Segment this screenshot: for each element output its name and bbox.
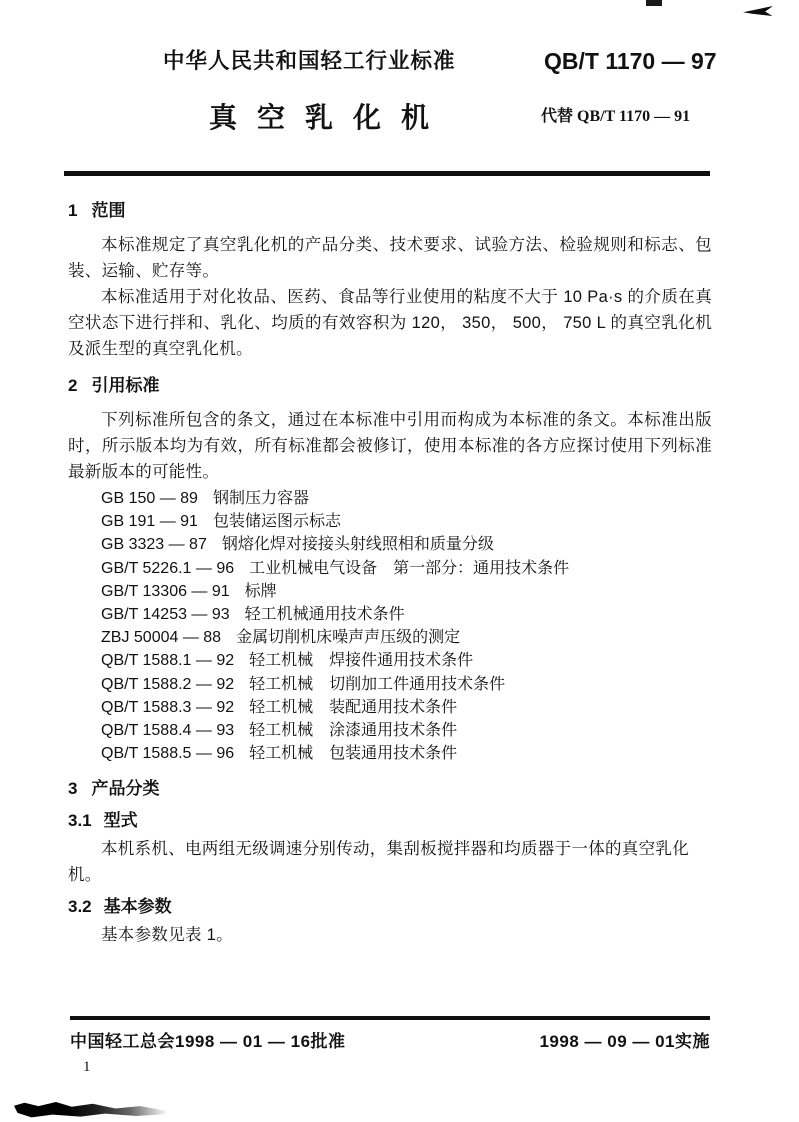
section-2-title: 引用标准 [91, 376, 159, 395]
section-3-number: 3 [68, 779, 77, 798]
standard-code: GB 150 — 89 [101, 490, 198, 507]
header-divider-rule [64, 171, 710, 176]
standard-name: 工业机械电气设备 第一部分：通用技术条件 [249, 560, 569, 577]
section-1-number: 1 [68, 201, 77, 220]
referenced-standard-item: QB/T 1588.5 — 96轻工机械 包装通用技术条件 [101, 742, 712, 765]
standard-name: 包装储运图示标志 [213, 513, 341, 530]
section-3-2-number: 3.2 [68, 897, 92, 916]
scan-artifact-ink-smudge [14, 1101, 189, 1118]
standard-code: GB 191 — 91 [101, 513, 198, 530]
section-3-2-title: 基本参数 [104, 897, 172, 916]
replaces-note: 代替 QB/T 1170 — 91 [541, 103, 690, 126]
referenced-standard-item: ZBJ 50004 — 88金属切削机床噪声声压级的测定 [101, 626, 712, 649]
section-1-title: 范围 [91, 201, 125, 220]
section-2-number: 2 [68, 376, 77, 395]
standard-document-page: 中华人民共和国轻工行业标准 QB/T 1170 — 97 真空乳化机 代替 QB… [0, 0, 799, 1122]
standard-code: QB/T 1588.2 — 92 [101, 676, 234, 693]
standard-code: GB/T 13306 — 91 [101, 583, 230, 600]
section-3-1-body: 本机系机、电两组无级调速分别传动，集刮板搅拌器和均质器于一体的真空乳化机。 [68, 836, 712, 888]
section-1-heading: 1范围 [68, 200, 712, 222]
referenced-standard-item: GB 150 — 89钢制压力容器 [101, 487, 712, 510]
referenced-standard-item: QB/T 1588.1 — 92轻工机械 焊接件通用技术条件 [101, 649, 712, 672]
referenced-standard-item: GB 3323 — 87钢熔化焊对接接头射线照相和质量分级 [101, 533, 712, 556]
standard-name: 轻工机械 切削加工件通用技术条件 [249, 676, 505, 693]
standard-name: 轻工机械 装配通用技术条件 [249, 699, 457, 716]
section-3-heading: 3产品分类 [68, 778, 712, 800]
footer-divider-rule [70, 1016, 710, 1020]
section-3-1-title: 型式 [104, 811, 138, 830]
referenced-standard-item: QB/T 1588.3 — 92轻工机械 装配通用技术条件 [101, 696, 712, 719]
referenced-standards-list: GB 150 — 89钢制压力容器 GB 191 — 91包装储运图示标志 GB… [68, 487, 712, 765]
standard-code: QB/T 1588.4 — 93 [101, 722, 234, 739]
section-2-intro: 下列标准所包含的条文，通过在本标准中引用而构成为本标准的条文。本标准出版时，所示… [68, 407, 712, 485]
referenced-standard-item: GB/T 5226.1 — 96工业机械电气设备 第一部分：通用技术条件 [101, 557, 712, 580]
standard-code: QB/T 1588.1 — 92 [101, 652, 234, 669]
standard-code: GB/T 14253 — 93 [101, 606, 230, 623]
section-3-2-body: 基本参数见表 1。 [68, 922, 712, 948]
standard-name: 轻工机械通用技术条件 [245, 606, 405, 623]
section-1-paragraph-2: 本标准适用于对化妆品、医药、食品等行业使用的粘度不大于 10 Pa·s 的介质在… [68, 284, 712, 362]
standard-code: GB 3323 — 87 [101, 536, 207, 553]
section-3-1-number: 3.1 [68, 811, 92, 830]
implementation-note: 1998 — 09 — 01实施 [539, 1027, 710, 1052]
section-3-1-heading: 3.1型式 [68, 810, 712, 832]
section-2-heading: 2引用标准 [68, 375, 712, 397]
standard-number: QB/T 1170 — 97 [544, 48, 717, 75]
standard-name: 轻工机械 焊接件通用技术条件 [249, 652, 473, 669]
standard-code: GB/T 5226.1 — 96 [101, 560, 234, 577]
standard-name: 金属切削机床噪声声压级的测定 [236, 629, 460, 646]
standard-name: 钢制压力容器 [213, 490, 309, 507]
document-body: 1范围 本标准规定了真空乳化机的产品分类、技术要求、试验方法、检验规则和标志、包… [68, 200, 712, 948]
standard-org-line: 中华人民共和国轻工行业标准 [163, 44, 456, 75]
standard-code: QB/T 1588.3 — 92 [101, 699, 234, 716]
section-3-title: 产品分类 [91, 779, 159, 798]
standard-code: ZBJ 50004 — 88 [101, 629, 221, 646]
referenced-standard-item: GB/T 13306 — 91标牌 [101, 580, 712, 603]
standard-name: 钢熔化焊对接接头射线照相和质量分级 [222, 536, 494, 553]
section-3-2-heading: 3.2基本参数 [68, 896, 712, 918]
scan-artifact-corner-triangle-icon [743, 6, 773, 16]
scan-artifact-top-tick [646, 0, 662, 6]
section-1-paragraph-1: 本标准规定了真空乳化机的产品分类、技术要求、试验方法、检验规则和标志、包装、运输… [68, 232, 712, 284]
referenced-standard-item: QB/T 1588.2 — 92轻工机械 切削加工件通用技术条件 [101, 673, 712, 696]
standard-name: 标牌 [245, 583, 277, 600]
document-title: 真空乳化机 [209, 96, 449, 136]
standard-name: 轻工机械 涂漆通用技术条件 [249, 722, 457, 739]
standard-code: QB/T 1588.5 — 96 [101, 745, 234, 762]
approval-note: 中国轻工总会1998 — 01 — 16批准 [70, 1027, 346, 1052]
referenced-standard-item: GB 191 — 91包装储运图示标志 [101, 510, 712, 533]
page-number: 1 [83, 1059, 91, 1076]
footer: 中国轻工总会1998 — 01 — 16批准 1998 — 09 — 01实施 [70, 1027, 710, 1052]
referenced-standard-item: QB/T 1588.4 — 93轻工机械 涂漆通用技术条件 [101, 719, 712, 742]
referenced-standard-item: GB/T 14253 — 93轻工机械通用技术条件 [101, 603, 712, 626]
standard-name: 轻工机械 包装通用技术条件 [249, 745, 457, 762]
